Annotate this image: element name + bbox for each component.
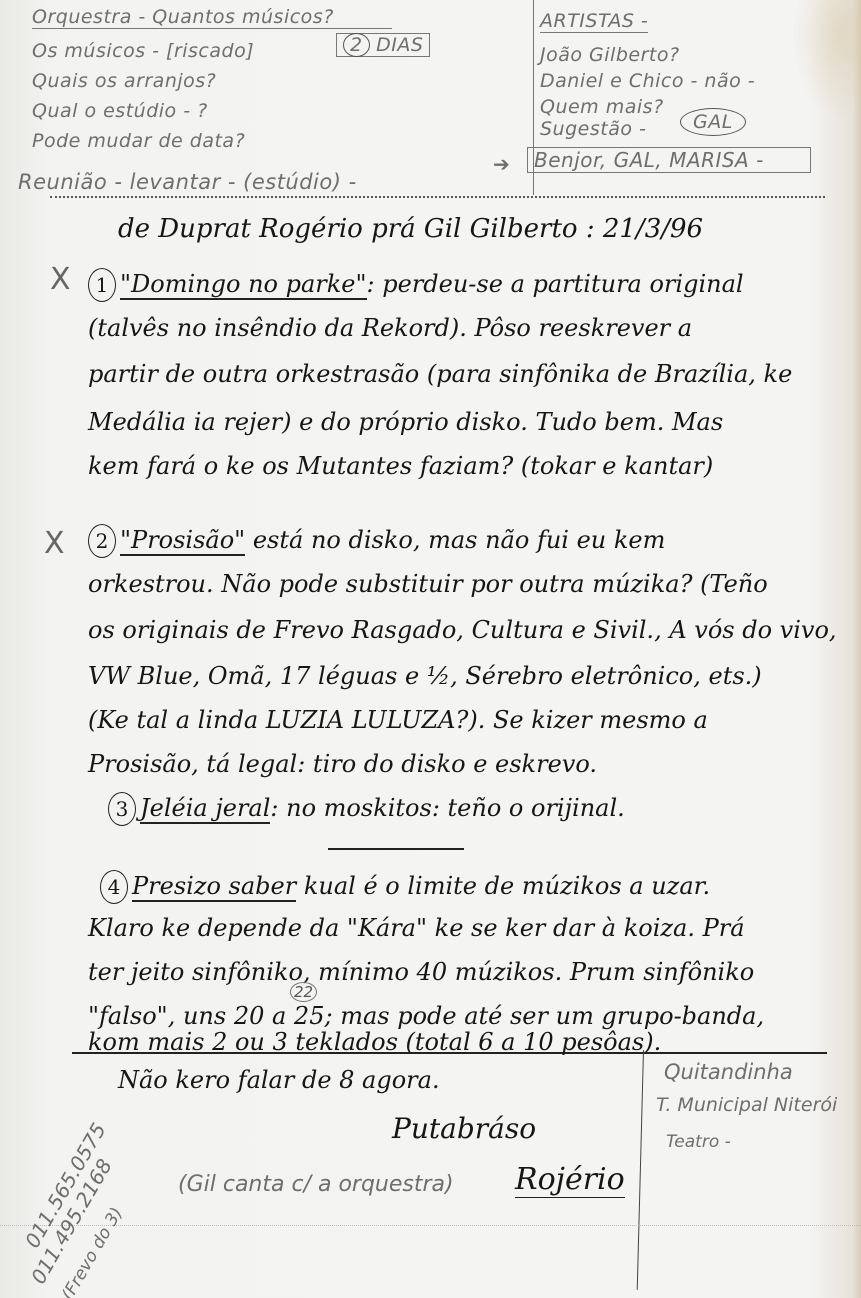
- dias-label: DIAS: [376, 34, 423, 56]
- center-note: (Gil canta c/ a orquestra): [178, 1172, 454, 1197]
- closing-line: Não kero falar de 8 agora.: [118, 1066, 440, 1094]
- dotted-separator: [50, 196, 825, 198]
- letter-header: de Duprat Rogério prá Gil Gilberto : 21/…: [118, 214, 703, 244]
- pencil-line-quem: Quem mais?: [540, 96, 664, 118]
- x-mark-item-1: X: [50, 262, 71, 297]
- signature: Rojério: [515, 1162, 625, 1198]
- item-2-text: está no disko, mas não fui eu kem: [245, 526, 665, 554]
- item-2-line-2: orkestrou. Não pode substituir por outra…: [88, 570, 768, 598]
- item-2-number: 2: [88, 524, 116, 558]
- item-1-line-3: partir de outra orkestrasão (para sinfôn…: [88, 360, 792, 388]
- venue-3: Teatro -: [666, 1132, 731, 1152]
- item-4-line-4: "falso", uns 20 a 25; mas pode até ser u…: [88, 1002, 764, 1030]
- item-4-line-2: Klaro ke depende da "Kára" ke se ker dar…: [88, 914, 745, 942]
- item-3-number: 3: [108, 792, 136, 826]
- pencil-line-arranjos: Quais os arranjos?: [32, 70, 216, 92]
- item-1-line-4: Medália ia rejer) e do próprio disko. Tu…: [88, 408, 723, 436]
- pencil-line-reuniao: Reunião - levantar - (estúdio) -: [18, 170, 357, 194]
- bottom-vertical-divider: [637, 1050, 644, 1290]
- section-divider: [328, 848, 464, 850]
- item-3-title: Jeléia jeral: [140, 794, 270, 824]
- item-4-title: Presizo saber: [132, 872, 296, 902]
- item-1-number: 1: [88, 268, 116, 302]
- arrow-icon: ➔: [493, 152, 510, 176]
- circled-gal: GAL: [680, 108, 746, 136]
- item-2-line-5: (Ke tal a linda LUZIA LULUZA?). Se kizer…: [88, 706, 708, 734]
- item-2-line-3: os originais de Frevo Rasgado, Cultura e…: [88, 616, 837, 644]
- item-3-line-1: 3Jeléia jeral: no moskitos: teño o oriji…: [108, 792, 625, 826]
- pencil-boxed-artists: Benjor, GAL, MARISA -: [527, 147, 811, 173]
- pencil-title-artistas: ARTISTAS -: [540, 10, 648, 33]
- item-1-text: : perdeu-se a partitura original: [367, 270, 744, 298]
- venue-2: T. Municipal Niterói: [656, 1094, 837, 1116]
- item-3-text: : no moskitos: teño o orijinal.: [270, 794, 624, 822]
- letter-page: Orquestra - Quantos músicos? Os músicos …: [0, 0, 861, 1298]
- item-2-line-6: Prosisão, tá legal: tiro do disko e eskr…: [88, 750, 597, 778]
- item-4-number: 4: [100, 870, 128, 904]
- item-4-line-1: 4Presizo saber kual é o limite de múziko…: [100, 870, 710, 904]
- paper-stain: [791, 0, 861, 120]
- pencil-line-estudio: Qual o estúdio - ?: [32, 100, 208, 122]
- pencil-line-joao: João Gilberto?: [540, 44, 680, 66]
- pencil-title-orquestra: Orquestra - Quantos músicos?: [32, 6, 392, 29]
- faint-dotted-line: [0, 1225, 861, 1226]
- pencil-line-daniel: Daniel e Chico - não -: [540, 70, 755, 92]
- farewell: Putabráso: [392, 1112, 536, 1145]
- item-4-text: kual é o limite de múzikos a uzar.: [296, 872, 710, 900]
- pencil-line-data: Pode mudar de data?: [32, 130, 245, 152]
- item-1-line-1: 1"Domingo no parke": perdeu-se a partitu…: [88, 268, 744, 302]
- x-mark-item-2: X: [44, 526, 65, 561]
- item-1-line-2: (talvês no insêndio da Rekord). Pôso ree…: [88, 314, 692, 342]
- item-4-line-3: ter jeito sinfôniko, mínimo 40 múzikos. …: [88, 958, 754, 986]
- item-1-title: "Domingo no parke": [120, 270, 367, 300]
- pencil-boxed-dias: 2 DIAS: [336, 33, 430, 57]
- pencil-line-sugestao: Sugestão -: [540, 118, 646, 140]
- item-2-line-1: 2"Prosisão" está no disko, mas não fui e…: [88, 524, 665, 558]
- item-1-line-5: kem fará o ke os Mutantes faziam? (tokar…: [88, 452, 713, 480]
- pencil-line-musicos: Os músicos - [riscado]: [32, 40, 254, 62]
- item-2-line-4: VW Blue, Omã, 17 léguas e ½, Sérebro ele…: [88, 662, 762, 690]
- item-2-title: "Prosisão": [120, 526, 245, 556]
- venue-1: Quitandinha: [664, 1060, 793, 1084]
- bottom-horizontal-rule: [72, 1052, 827, 1054]
- pencil-annotation-22: 22: [290, 982, 317, 1002]
- circled-number: 2: [343, 33, 370, 57]
